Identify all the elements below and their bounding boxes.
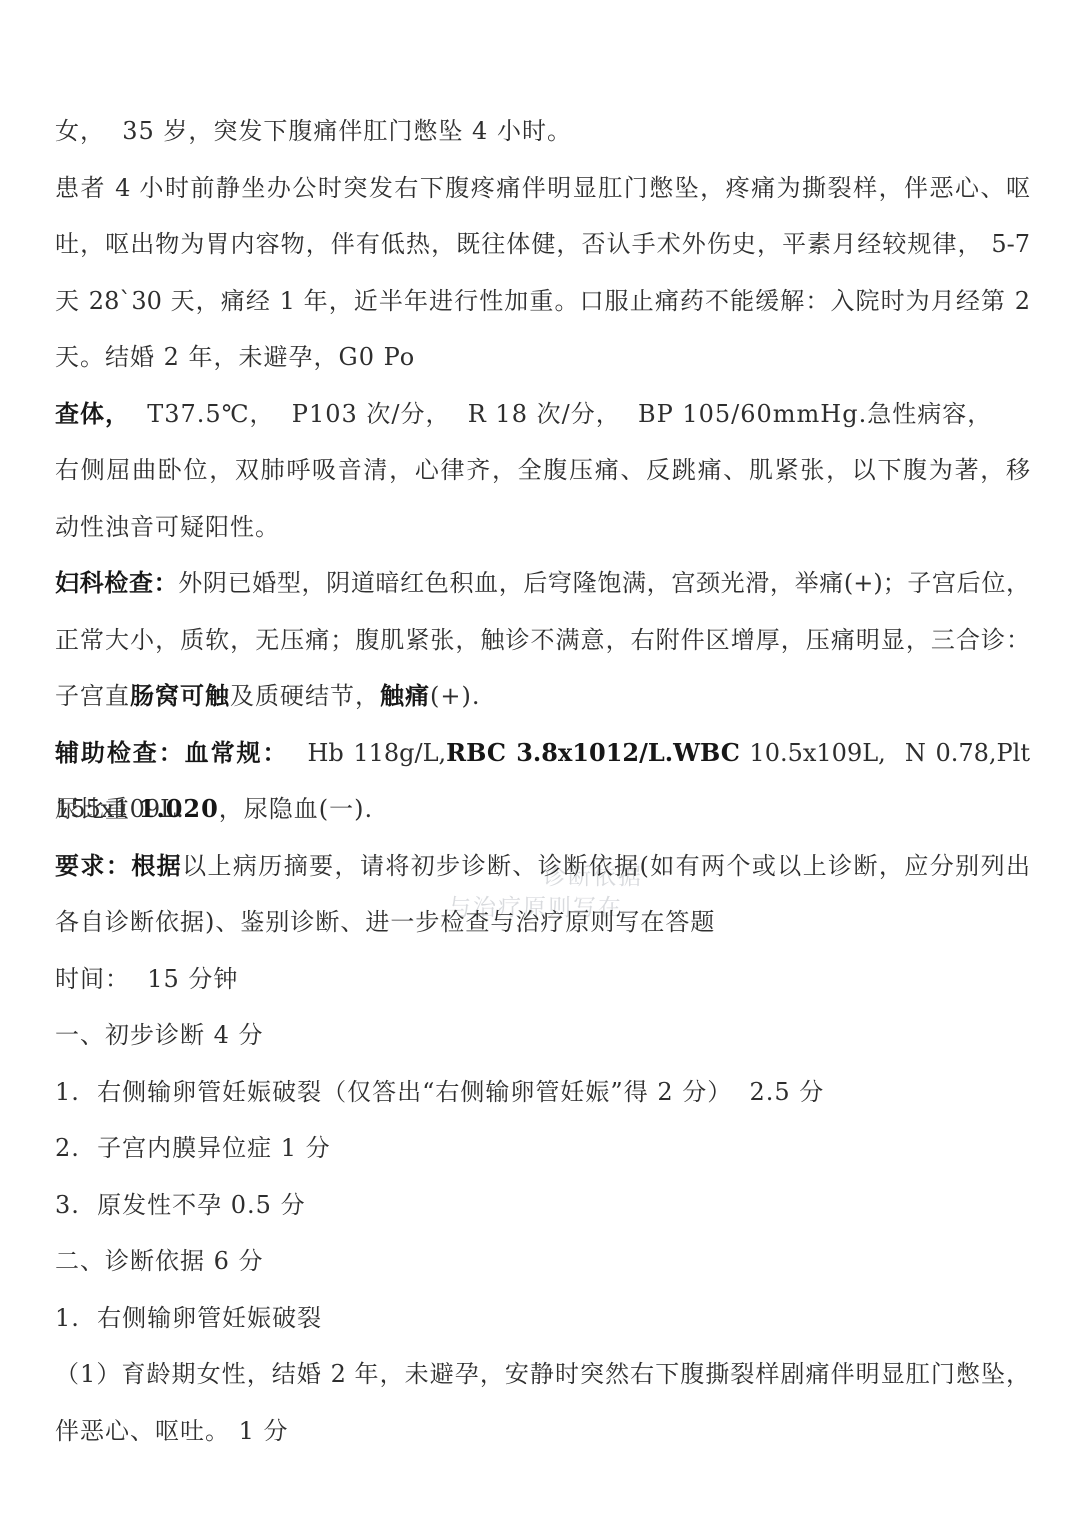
text-segment: 二、诊断依据 6 分	[55, 1247, 264, 1275]
bold-text-segment: 查体，	[55, 399, 130, 428]
text-segment: 吐，呕出物为胃内容物，伴有低热，既往体健，否认手术外伤史，平素月经较规律， 5-…	[55, 230, 1030, 258]
text-line: 各自诊断依据)、鉴别诊断、进一步检查与治疗原则写在答题	[55, 894, 1030, 951]
text-segment: 2. 子宫内膜异位症 1 分	[55, 1134, 331, 1162]
bold-text-segment: 辅助检查：	[55, 738, 185, 767]
text-line: 吐，呕出物为胃内容物，伴有低热，既往体健，否认手术外伤史，平素月经较规律， 5-…	[55, 216, 1030, 273]
text-segment: 天。结婚 2 年，未避孕，G0 Po	[55, 343, 415, 371]
bold-text-segment: 根据	[131, 851, 182, 880]
text-segment: 伴恶心、呕吐。 1 分	[55, 1417, 289, 1445]
text-line: 时间： 15 分钟	[55, 951, 1030, 1008]
text-segment: 及质硬结节，	[230, 682, 380, 710]
bold-text-segment: 要求：	[55, 851, 131, 880]
text-line: 3. 原发性不孕 0.5 分	[55, 1177, 1030, 1234]
document-page: 诊断依据与治疗原则写在 女， 35 岁，突发下腹痛伴肛门憋坠 4 小时。患者 4…	[0, 0, 1080, 1527]
text-segment: 子宫直	[55, 682, 130, 710]
text-segment: 天 28`30 天，痛经 1 年，近半年进行性加重。口服止痛药不能缓解：入院时为…	[55, 287, 1030, 315]
text-segment: 正常大小，质软，无压痛；腹肌紧张，触诊不满意，右附件区增厚，压痛明显，三合诊：	[55, 626, 1030, 654]
text-segment: （1）育龄期女性，结婚 2 年，未避孕，安静时突然右下腹撕裂样剧痛伴明显肛门憋坠…	[55, 1360, 1030, 1388]
text-line: 1. 右侧输卵管妊娠破裂	[55, 1290, 1030, 1347]
text-line: 二、诊断依据 6 分	[55, 1233, 1030, 1290]
text-segment: 尿比重	[55, 795, 139, 823]
text-line: 天。结婚 2 年，未避孕，G0 Po	[55, 329, 1030, 386]
text-line: 尿比重 1.020，尿隐血(一).	[55, 781, 1030, 838]
bold-text-segment: RBC 3.8x1012/L.WBC	[446, 738, 740, 767]
text-line: 子宫直肠窝可触及质硬结节，触痛(+).	[55, 668, 1030, 725]
bold-text-segment: 1.020	[139, 794, 219, 823]
bold-text-segment: 触痛	[380, 681, 430, 710]
text-line: 1. 右侧输卵管妊娠破裂（仅答出“右侧输卵管妊娠”得 2 分） 2.5 分	[55, 1064, 1030, 1121]
text-line: 患者 4 小时前静坐办公时突发右下腹疼痛伴明显肛门憋坠，疼痛为撕裂样，伴恶心、呕	[55, 160, 1030, 217]
text-line: 右侧屈曲卧位，双肺呼吸音清，心律齐，全腹压痛、反跳痛、肌紧张，以下腹为著，移	[55, 442, 1030, 499]
text-line: 正常大小，质软，无压痛；腹肌紧张，触诊不满意，右附件区增厚，压痛明显，三合诊：	[55, 612, 1030, 669]
bold-text-segment: 妇科检查：	[55, 568, 178, 597]
text-line: （1）育龄期女性，结婚 2 年，未避孕，安静时突然右下腹撕裂样剧痛伴明显肛门憋坠…	[55, 1346, 1030, 1403]
text-segment: 1. 右侧输卵管妊娠破裂（仅答出“右侧输卵管妊娠”得 2 分） 2.5 分	[55, 1078, 824, 1106]
text-line: 妇科检查：外阴已婚型，阴道暗红色积血，后穹隆饱满，宫颈光滑，举痛(+)；子宫后位…	[55, 555, 1030, 612]
text-line: 伴恶心、呕吐。 1 分	[55, 1403, 1030, 1460]
text-segment: 以上病历摘要，请将初步诊断、诊断依据(如有两个或以上诊断，应分别列出	[182, 852, 1030, 880]
text-segment: 女， 35 岁，突发下腹痛伴肛门憋坠 4 小时。	[55, 117, 572, 145]
bold-text-segment: 血常规：	[185, 738, 289, 767]
text-line: 2. 子宫内膜异位症 1 分	[55, 1120, 1030, 1177]
bold-text-segment: 肠窝可触	[130, 681, 230, 710]
text-segment: ，尿隐血(一).	[219, 795, 373, 823]
text-line: 要求：根据以上病历摘要，请将初步诊断、诊断依据(如有两个或以上诊断，应分别列出	[55, 838, 1030, 895]
text-segment: 右侧屈曲卧位，双肺呼吸音清，心律齐，全腹压痛、反跳痛、肌紧张，以下腹为著，移	[55, 456, 1030, 484]
text-segment: 一、初步诊断 4 分	[55, 1021, 264, 1049]
text-line: 女， 35 岁，突发下腹痛伴肛门憋坠 4 小时。	[55, 103, 1030, 160]
text-segment: 外阴已婚型，阴道暗红色积血，后穹隆饱满，宫颈光滑，举痛(+)；子宫后位，	[178, 569, 1030, 597]
document-body: 女， 35 岁，突发下腹痛伴肛门憋坠 4 小时。患者 4 小时前静坐办公时突发右…	[55, 103, 1030, 1459]
text-segment: 各自诊断依据)、鉴别诊断、进一步检查与治疗原则写在答题	[55, 908, 715, 936]
text-line: 一、初步诊断 4 分	[55, 1007, 1030, 1064]
text-segment: 时间： 15 分钟	[55, 965, 238, 993]
text-line: 动性浊音可疑阳性。	[55, 499, 1030, 556]
text-segment: 1. 右侧输卵管妊娠破裂	[55, 1304, 322, 1332]
text-segment: (+).	[430, 682, 480, 710]
text-segment: Hb 118g/L,	[288, 739, 446, 767]
text-segment: 3. 原发性不孕 0.5 分	[55, 1191, 306, 1219]
text-segment: 动性浊音可疑阳性。	[55, 513, 280, 541]
text-segment: T37.5℃， P103 次/分， R 18 次/分， BP 105/60mmH…	[130, 400, 992, 428]
text-line: 查体， T37.5℃， P103 次/分， R 18 次/分， BP 105/6…	[55, 386, 1030, 443]
text-line: 天 28`30 天，痛经 1 年，近半年进行性加重。口服止痛药不能缓解：入院时为…	[55, 273, 1030, 330]
text-line: 辅助检查：血常规： Hb 118g/L,RBC 3.8x1012/L.WBC 1…	[55, 725, 1030, 782]
text-segment: 患者 4 小时前静坐办公时突发右下腹疼痛伴明显肛门憋坠，疼痛为撕裂样，伴恶心、呕	[55, 174, 1030, 202]
